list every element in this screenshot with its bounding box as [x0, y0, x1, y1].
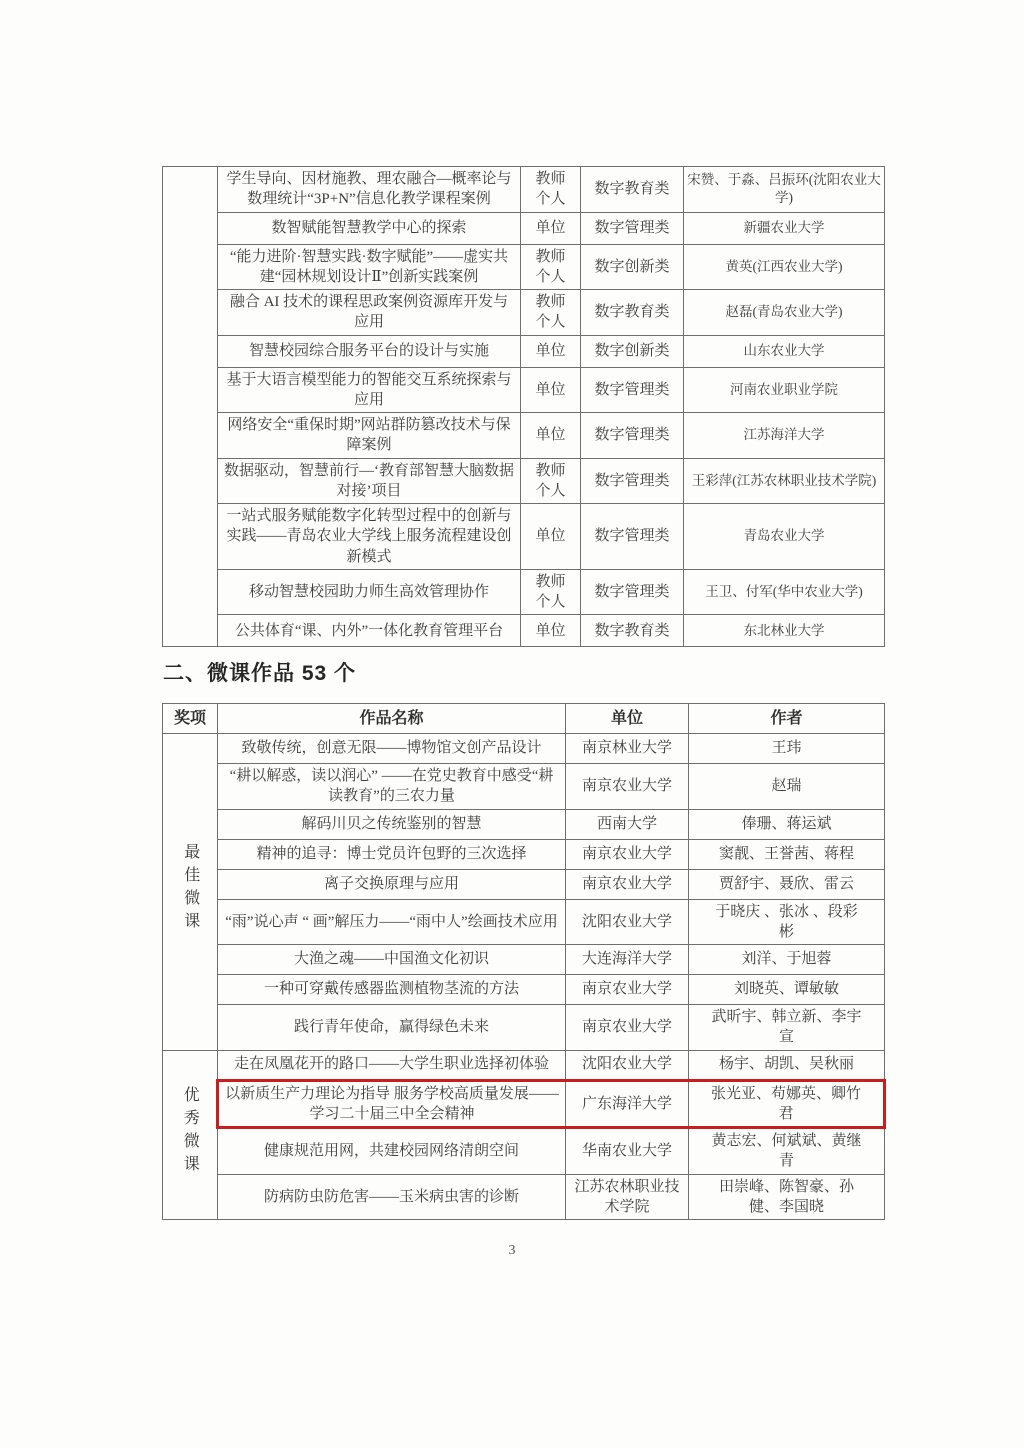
- table-row: 公共体育“课、内外”一体化教育管理平台 单位 数字教育类 东北林业大学: [163, 615, 885, 647]
- work-title-cell: 移动智慧校园助力师生高效管理协作: [218, 569, 521, 615]
- section-heading: 二、微课作品 53 个: [163, 657, 356, 687]
- work-title-cell: 健康规范用网，共建校园网络清朗空间: [218, 1128, 566, 1175]
- winner-cell: 新疆农业大学: [684, 212, 885, 244]
- unit-cell: 南京林业大学: [566, 734, 689, 764]
- table-row: 解码川贝之传统鉴别的智慧 西南大学 俸珊、蒋运斌: [163, 809, 885, 839]
- work-title-cell: 智慧校园综合服务平台的设计与实施: [218, 335, 521, 367]
- entry-type-cell: 教师个人: [521, 569, 581, 615]
- category-cell: 数字管理类: [581, 569, 684, 615]
- winner-cell: 黄英(江西农业大学): [684, 244, 885, 290]
- unit-cell: 广东海洋大学: [566, 1080, 689, 1128]
- category-cell: 数字创新类: [581, 244, 684, 290]
- award-group-cell-empty: [163, 167, 218, 647]
- entry-type-cell: 教师个人: [521, 458, 581, 504]
- winner-cell: 王卫、付军(华中农业大学): [684, 569, 885, 615]
- category-cell: 数字管理类: [581, 504, 684, 570]
- unit-cell: 南京农业大学: [566, 764, 689, 810]
- winner-cell: 山东农业大学: [684, 335, 885, 367]
- table-row: 健康规范用网，共建校园网络清朗空间 华南农业大学 黄志宏、何斌斌、黄继青: [163, 1128, 885, 1175]
- table-row: 防病防虫防危害——玉米病虫害的诊断 江苏农林职业技术学院 田崇峰、陈智豪、孙健、…: [163, 1174, 885, 1220]
- category-cell: 数字管理类: [581, 367, 684, 413]
- work-title-cell: 网络安全“重保时期”网站群防篡改技术与保障案例: [218, 413, 521, 459]
- award-group-cell: 最佳微课: [163, 734, 218, 1051]
- table-row: 网络安全“重保时期”网站群防篡改技术与保障案例 单位 数字管理类 江苏海洋大学: [163, 413, 885, 459]
- table-row: 智慧校园综合服务平台的设计与实施 单位 数字创新类 山东农业大学: [163, 335, 885, 367]
- work-title-cell: 一站式服务赋能数字化转型过程中的创新与实践——青岛农业大学线上服务流程建设创新模…: [218, 504, 521, 570]
- winner-cell: 青岛农业大学: [684, 504, 885, 570]
- entry-type-cell: 单位: [521, 335, 581, 367]
- table-row: 一种可穿戴传感器监测植物茎流的方法 南京农业大学 刘晓英、谭敏敏: [163, 975, 885, 1005]
- table-row: 移动智慧校园助力师生高效管理协作 教师个人 数字管理类 王卫、付军(华中农业大学…: [163, 569, 885, 615]
- table-row: 基于大语言模型能力的智能交互系统探索与应用 单位 数字管理类 河南农业职业学院: [163, 367, 885, 413]
- winner-cell: 宋赞、于淼、吕振环(沈阳农业大学): [684, 167, 885, 213]
- award-group-label: 优秀微课: [179, 1086, 201, 1178]
- authors-cell: 刘洋、于旭蓉: [689, 945, 885, 975]
- work-title-cell: 践行青年使命，赢得绿色未来: [218, 1005, 566, 1051]
- entry-type-cell: 单位: [521, 504, 581, 570]
- work-title-cell: 融合 AI 技术的课程思政案例资源库开发与应用: [218, 290, 521, 336]
- category-cell: 数字管理类: [581, 212, 684, 244]
- authors-cell: 黄志宏、何斌斌、黄继青: [689, 1128, 885, 1175]
- winner-cell: 王彩萍(江苏农林职业技术学院): [684, 458, 885, 504]
- table-row: 学生导向、因材施教、理农融合—概率论与数理统计“3P+N”信息化教学课程案例 教…: [163, 167, 885, 213]
- authors-cell: 窦靓、王誉茜、蒋程: [689, 839, 885, 869]
- work-title-cell: 数据驱动，智慧前行—‘教育部智慧大脑数据对接’项目: [218, 458, 521, 504]
- entry-type-cell: 单位: [521, 212, 581, 244]
- table-row: 数据驱动，智慧前行—‘教育部智慧大脑数据对接’项目 教师个人 数字管理类 王彩萍…: [163, 458, 885, 504]
- table-row: 一站式服务赋能数字化转型过程中的创新与实践——青岛农业大学线上服务流程建设创新模…: [163, 504, 885, 570]
- table-row: 离子交换原理与应用 南京农业大学 贾舒宇、聂欣、雷云: [163, 869, 885, 899]
- table-row: 优秀微课 走在凤凰花开的路口——大学生职业选择初体验 沈阳农业大学 杨宇、胡凯、…: [163, 1050, 885, 1080]
- unit-cell: 江苏农林职业技术学院: [566, 1174, 689, 1220]
- work-title-cell: 数智赋能智慧教学中心的探索: [218, 212, 521, 244]
- work-title-cell: 防病防虫防危害——玉米病虫害的诊断: [218, 1174, 566, 1220]
- header-authors: 作者: [689, 704, 885, 734]
- highlighted-table-row: 以新质生产力理论为指导 服务学校高质量发展——学习二十届三中全会精神 广东海洋大…: [163, 1080, 885, 1128]
- table-row: 融合 AI 技术的课程思政案例资源库开发与应用 教师个人 数字教育类 赵磊(青岛…: [163, 290, 885, 336]
- table-row: “耕以解惑，读以润心” ——在党史教育中感受“耕读教育”的三农力量 南京农业大学…: [163, 764, 885, 810]
- authors-cell: 杨宇、胡凯、吴秋丽: [689, 1050, 885, 1080]
- table-row: 践行青年使命，赢得绿色未来 南京农业大学 武昕宇、韩立新、李宇宣: [163, 1005, 885, 1051]
- work-title-cell: 以新质生产力理论为指导 服务学校高质量发展——学习二十届三中全会精神: [218, 1080, 566, 1128]
- page-number: 3: [509, 1243, 516, 1259]
- table-row: 大渔之魂——中国渔文化初识 大连海洋大学 刘洋、于旭蓉: [163, 945, 885, 975]
- work-title-cell: “耕以解惑，读以润心” ——在党史教育中感受“耕读教育”的三农力量: [218, 764, 566, 810]
- micro-course-table: 奖项 作品名称 单位 作者 最佳微课 致敬传统，创意无限——博物馆文创产品设计 …: [162, 703, 886, 1220]
- table-row: “雨”说心声 “ 画”解压力——“雨中人”绘画技术应用 沈阳农业大学 于晓庆 、…: [163, 899, 885, 945]
- work-title-cell: “雨”说心声 “ 画”解压力——“雨中人”绘画技术应用: [218, 899, 566, 945]
- table-row: “能力进阶·智慧实践·数字赋能”——虚实共建“园林规划设计Ⅱ”创新实践案例 教师…: [163, 244, 885, 290]
- work-title-cell: 大渔之魂——中国渔文化初识: [218, 945, 566, 975]
- unit-cell: 西南大学: [566, 809, 689, 839]
- table-row: 最佳微课 致敬传统，创意无限——博物馆文创产品设计 南京林业大学 王玮: [163, 734, 885, 764]
- entry-type-cell: 单位: [521, 367, 581, 413]
- authors-cell: 俸珊、蒋运斌: [689, 809, 885, 839]
- table-row: 精神的追寻：博士党员许包野的三次选择 南京农业大学 窦靓、王誉茜、蒋程: [163, 839, 885, 869]
- table-row: 数智赋能智慧教学中心的探索 单位 数字管理类 新疆农业大学: [163, 212, 885, 244]
- category-cell: 数字创新类: [581, 335, 684, 367]
- unit-cell: 南京农业大学: [566, 1005, 689, 1051]
- entry-type-cell: 教师个人: [521, 244, 581, 290]
- winner-cell: 赵磊(青岛农业大学): [684, 290, 885, 336]
- authors-cell: 刘晓英、谭敏敏: [689, 975, 885, 1005]
- award-group-cell: 优秀微课: [163, 1050, 218, 1220]
- award-group-label: 最佳微课: [179, 843, 201, 935]
- work-title-cell: “能力进阶·智慧实践·数字赋能”——虚实共建“园林规划设计Ⅱ”创新实践案例: [218, 244, 521, 290]
- work-title-cell: 基于大语言模型能力的智能交互系统探索与应用: [218, 367, 521, 413]
- work-title-cell: 一种可穿戴传感器监测植物茎流的方法: [218, 975, 566, 1005]
- winner-cell: 东北林业大学: [684, 615, 885, 647]
- category-cell: 数字教育类: [581, 290, 684, 336]
- authors-cell: 王玮: [689, 734, 885, 764]
- authors-cell: 贾舒宇、聂欣、雷云: [689, 869, 885, 899]
- document-page: 学生导向、因材施教、理农融合—概率论与数理统计“3P+N”信息化教学课程案例 教…: [0, 0, 1024, 1448]
- unit-cell: 华南农业大学: [566, 1128, 689, 1175]
- category-cell: 数字管理类: [581, 458, 684, 504]
- category-cell: 数字管理类: [581, 413, 684, 459]
- winner-cell: 河南农业职业学院: [684, 367, 885, 413]
- digital-works-table: 学生导向、因材施教、理农融合—概率论与数理统计“3P+N”信息化教学课程案例 教…: [162, 166, 885, 647]
- unit-cell: 南京农业大学: [566, 839, 689, 869]
- unit-cell: 大连海洋大学: [566, 945, 689, 975]
- winner-cell: 江苏海洋大学: [684, 413, 885, 459]
- work-title-cell: 离子交换原理与应用: [218, 869, 566, 899]
- entry-type-cell: 教师个人: [521, 290, 581, 336]
- entry-type-cell: 教师个人: [521, 167, 581, 213]
- authors-cell: 赵瑞: [689, 764, 885, 810]
- unit-cell: 沈阳农业大学: [566, 1050, 689, 1080]
- work-title-cell: 学生导向、因材施教、理农融合—概率论与数理统计“3P+N”信息化教学课程案例: [218, 167, 521, 213]
- work-title-cell: 公共体育“课、内外”一体化教育管理平台: [218, 615, 521, 647]
- work-title-cell: 走在凤凰花开的路口——大学生职业选择初体验: [218, 1050, 566, 1080]
- work-title-cell: 致敬传统，创意无限——博物馆文创产品设计: [218, 734, 566, 764]
- unit-cell: 南京农业大学: [566, 975, 689, 1005]
- work-title-cell: 解码川贝之传统鉴别的智慧: [218, 809, 566, 839]
- authors-cell: 田崇峰、陈智豪、孙健、李国晓: [689, 1174, 885, 1220]
- header-title: 作品名称: [218, 704, 566, 734]
- authors-cell: 武昕宇、韩立新、李宇宣: [689, 1005, 885, 1051]
- header-award: 奖项: [163, 704, 218, 734]
- unit-cell: 南京农业大学: [566, 869, 689, 899]
- category-cell: 数字教育类: [581, 615, 684, 647]
- entry-type-cell: 单位: [521, 615, 581, 647]
- category-cell: 数字教育类: [581, 167, 684, 213]
- unit-cell: 沈阳农业大学: [566, 899, 689, 945]
- entry-type-cell: 单位: [521, 413, 581, 459]
- table-header-row: 奖项 作品名称 单位 作者: [163, 704, 885, 734]
- header-unit: 单位: [566, 704, 689, 734]
- work-title-cell: 精神的追寻：博士党员许包野的三次选择: [218, 839, 566, 869]
- authors-cell: 张光亚、苟娜英、卿竹君: [689, 1080, 885, 1128]
- authors-cell: 于晓庆 、张冰 、段彩彬: [689, 899, 885, 945]
